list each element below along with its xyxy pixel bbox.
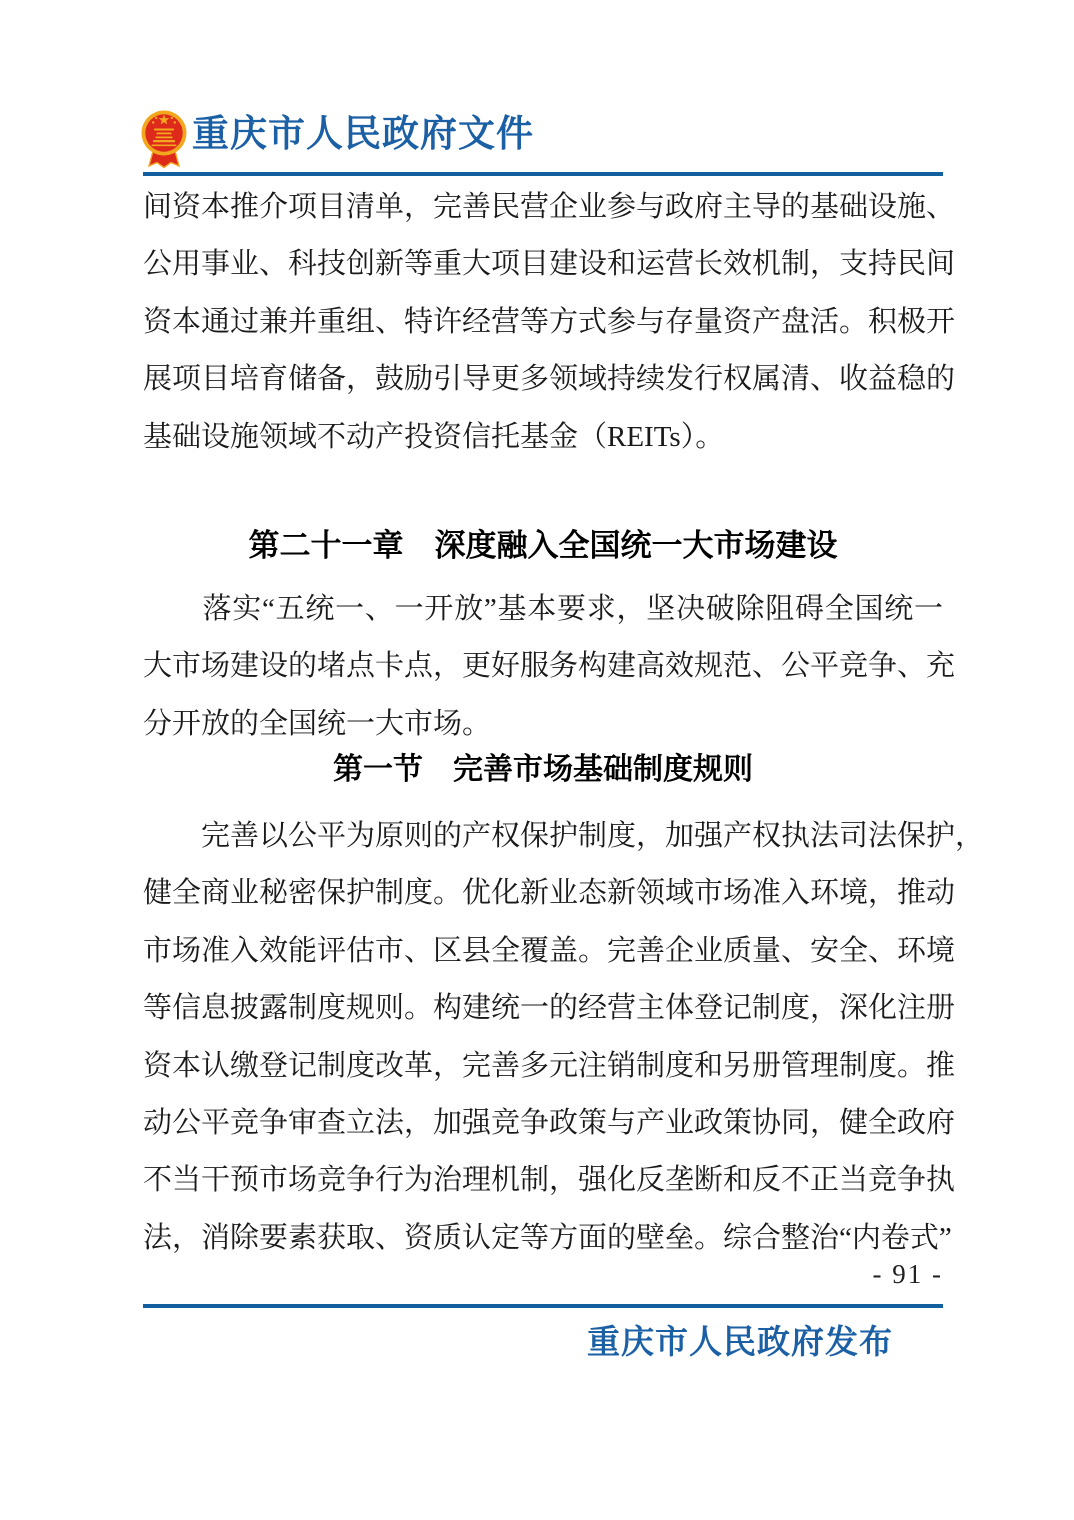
document-header-title: 重庆市人民政府文件 [192,108,534,156]
text-line: 健全商业秘密保护制度。优化新业态新领域市场准入环境，推动 [143,865,943,922]
body-paragraph-3: 完善以公平为原则的产权保护制度，加强产权执法司法保护，健全商业秘密保护制度。优化… [143,808,943,1267]
text-line: 间资本推介项目清单，完善民营企业参与政府主导的基础设施、 [143,179,943,236]
publisher-label: 重庆市人民政府发布 [587,1324,893,1362]
text-line: 完善以公平为原则的产权保护制度，加强产权执法司法保护， [143,808,943,865]
text-line: 等信息披露制度规则。构建统一的经营主体登记制度，深化注册 [143,980,943,1037]
text-line: 大市场建设的堵点卡点，更好服务构建高效规范、公平竞争、充 [143,638,943,695]
national-emblem-icon [140,108,188,170]
text-line: 公用事业、科技创新等重大项目建设和运营长效机制，支持民间 [143,236,943,293]
text-line: 资本认缴登记制度改革，完善多元注销制度和另册管理制度。推 [143,1038,943,1095]
text-line: 基础设施领域不动产投资信托基金（REITs）。 [143,409,943,466]
document-header: 重庆市人民政府文件 [140,108,534,170]
header-rule [143,172,943,176]
text-line: 市场准入效能评估市、区县全覆盖。完善企业质量、安全、环境 [143,923,943,980]
text-line: 落实“五统一、一开放”基本要求，坚决破除阻碍全国统一 [143,581,943,638]
text-line: 动公平竞争审查立法，加强竞争政策与产业政策协同，健全政府 [143,1095,943,1152]
page-number: - 91 - [873,1258,943,1290]
document-page: 重庆市人民政府文件 间资本推介项目清单，完善民营企业参与政府主导的基础设施、公用… [0,0,1074,1520]
body-paragraph-1: 间资本推介项目清单，完善民营企业参与政府主导的基础设施、公用事业、科技创新等重大… [143,179,943,466]
text-line: 分开放的全国统一大市场。 [143,696,943,753]
chapter-heading: 第二十一章 深度融入全国统一大市场建设 [143,524,943,568]
section-heading: 第一节 完善市场基础制度规则 [143,748,943,792]
text-line: 不当干预市场竞争行为治理机制，强化反垄断和反不正当竞争执 [143,1152,943,1209]
text-line: 法，消除要素获取、资质认定等方面的壁垒。综合整治“内卷式” [143,1210,943,1267]
text-line: 展项目培育储备，鼓励引导更多领域持续发行权属清、收益稳的 [143,351,943,408]
footer-rule [143,1304,943,1308]
body-paragraph-2: 落实“五统一、一开放”基本要求，坚决破除阻碍全国统一大市场建设的堵点卡点，更好服… [143,581,943,753]
text-line: 资本通过兼并重组、特许经营等方式参与存量资产盘活。积极开 [143,294,943,351]
